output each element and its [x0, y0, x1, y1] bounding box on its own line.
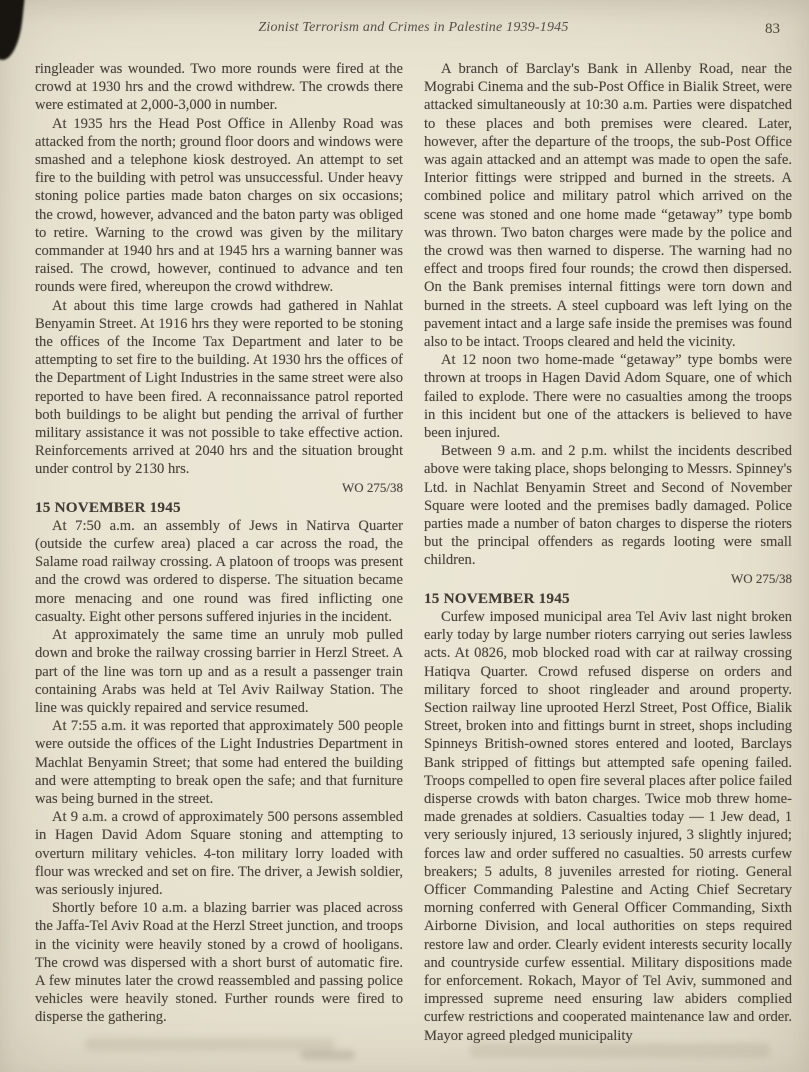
paragraph: A branch of Barclay's Bank in Allenby Ro…: [424, 60, 792, 351]
paragraph-continuation: ringleader was wounded. Two more rounds …: [35, 60, 403, 115]
running-title: Zionist Terrorism and Crimes in Palestin…: [35, 20, 792, 36]
paragraph: Curfew imposed municipal area Tel Aviv l…: [424, 608, 792, 1045]
text-columns: ringleader was wounded. Two more rounds …: [35, 60, 792, 1045]
source-reference: WO 275/38: [424, 570, 792, 588]
paragraph: At about this time large crowds had gath…: [35, 297, 403, 479]
paragraph: At 7:55 a.m. it was reported that approx…: [35, 717, 403, 808]
section-date-heading: 15 NOVEMBER 1945: [424, 589, 792, 608]
left-column: ringleader was wounded. Two more rounds …: [35, 60, 403, 1045]
paragraph: At approximately the same time an unruly…: [35, 626, 403, 717]
page-header: Zionist Terrorism and Crimes in Palestin…: [35, 20, 792, 44]
section-date-heading: 15 NOVEMBER 1945: [35, 498, 403, 517]
paragraph: At 7:50 a.m. an assembly of Jews in Nati…: [35, 517, 403, 626]
paragraph: At 1935 hrs the Head Post Office in Alle…: [35, 115, 403, 297]
ink-bleed-smudge: [300, 1050, 355, 1060]
book-page-scan: Zionist Terrorism and Crimes in Palestin…: [0, 0, 809, 1072]
paragraph: At 12 noon two home-made “getaway” type …: [424, 351, 792, 442]
right-column: A branch of Barclay's Bank in Allenby Ro…: [424, 60, 792, 1045]
source-reference: WO 275/38: [35, 479, 403, 497]
scan-corner-artifact: [0, 0, 26, 62]
paragraph: Between 9 a.m. and 2 p.m. whilst the inc…: [424, 442, 792, 569]
ink-bleed-smudge: [470, 1043, 770, 1058]
paragraph: At 9 a.m. a crowd of approximately 500 p…: [35, 808, 403, 899]
paragraph: Shortly before 10 a.m. a blazing barrier…: [35, 899, 403, 1026]
page-number: 83: [765, 21, 780, 38]
